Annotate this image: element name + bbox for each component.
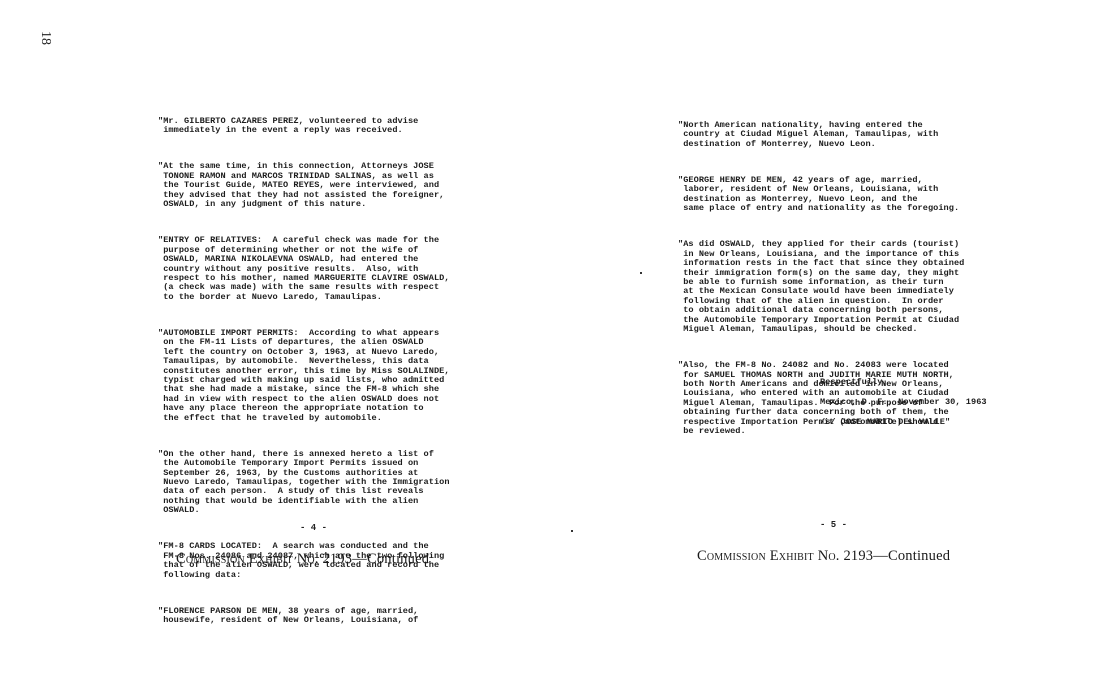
paragraph: "FLORENCE PARSON DE MEN, 38 years of age… xyxy=(158,607,478,626)
caption-small-caps: Commission Exhibit No. xyxy=(697,548,840,564)
signature: /s/ JOSE MARIO DEL VALLE" xyxy=(820,418,950,427)
speck xyxy=(571,530,573,532)
left-page-number: - 4 - xyxy=(300,523,327,533)
paragraph: "GEORGE HENRY DE MEN, 42 years of age, m… xyxy=(678,176,1008,214)
caption-small-caps: Commission Exhibit No. xyxy=(176,551,319,567)
paragraph: "North American nationality, having ente… xyxy=(678,121,1008,149)
place-date: Mexico, D. F., November 30, 1963 xyxy=(820,398,987,407)
paragraph: "Mr. GILBERTO CAZARES PEREZ, volunteered… xyxy=(158,117,478,136)
paragraph: "At the same time, in this connection, A… xyxy=(158,162,478,209)
speck xyxy=(640,272,642,274)
paragraph: "AUTOMOBILE IMPORT PERMITS: According to… xyxy=(158,329,478,423)
paragraph: "ENTRY OF RELATIVES: A careful check was… xyxy=(158,236,478,302)
right-exhibit-caption: Commission Exhibit No. 2193—Continued xyxy=(697,548,950,565)
closing: Respectfully, xyxy=(820,378,888,387)
right-page-number: - 5 - xyxy=(820,520,847,530)
caption-rest: 2193—Continued xyxy=(319,551,430,567)
caption-rest: 2193—Continued xyxy=(840,548,951,564)
paragraph: "On the other hand, there is annexed her… xyxy=(158,450,478,516)
left-exhibit-caption: Commission Exhibit No. 2193—Continued xyxy=(176,551,429,568)
paragraph: "As did OSWALD, they applied for their c… xyxy=(678,240,1008,334)
volume-page-number: 18 xyxy=(37,31,53,45)
